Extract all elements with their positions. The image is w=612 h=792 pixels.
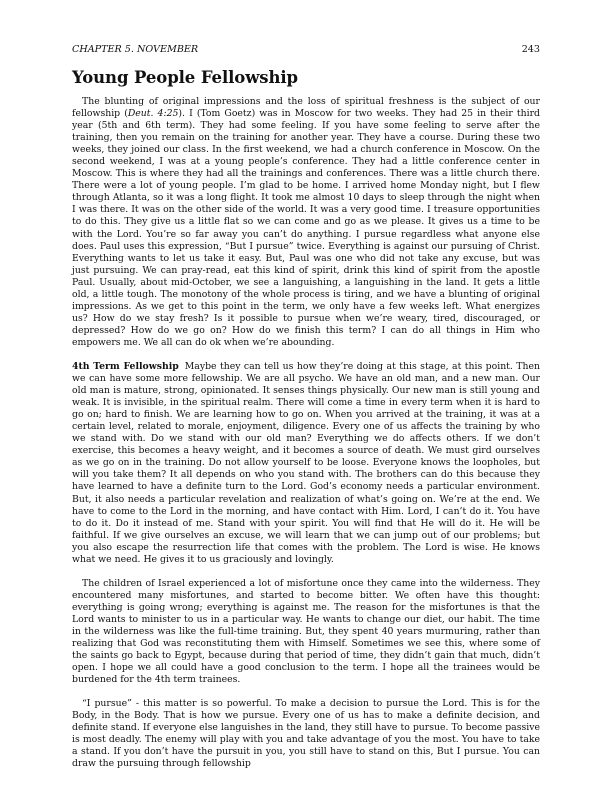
runin-heading-4th-term-fellowship: 4th Term Fellowship: [72, 361, 179, 372]
paragraph-4: “I pursue” - this matter is so powerful.…: [72, 698, 540, 770]
paragraph-2: 4th Term FellowshipMaybe they can tell u…: [72, 361, 540, 566]
section-title: Young People Fellowship: [72, 68, 298, 87]
chapter-label: CHAPTER 5. NOVEMBER: [72, 44, 198, 55]
paragraph-1-text: ). I (Tom Goetz) was in Moscow for two w…: [72, 108, 540, 348]
page-number: 243: [522, 44, 540, 55]
running-header: CHAPTER 5. NOVEMBER 243: [72, 44, 540, 55]
scripture-reference: Deut. 4:25: [128, 108, 179, 119]
body-text: The blunting of original impressions and…: [72, 96, 540, 770]
paragraph-3: The children of Israel experienced a lot…: [72, 578, 540, 686]
paragraph-1: The blunting of original impressions and…: [72, 96, 540, 349]
paragraph-2-text: Maybe they can tell us how they’re doing…: [72, 361, 540, 565]
